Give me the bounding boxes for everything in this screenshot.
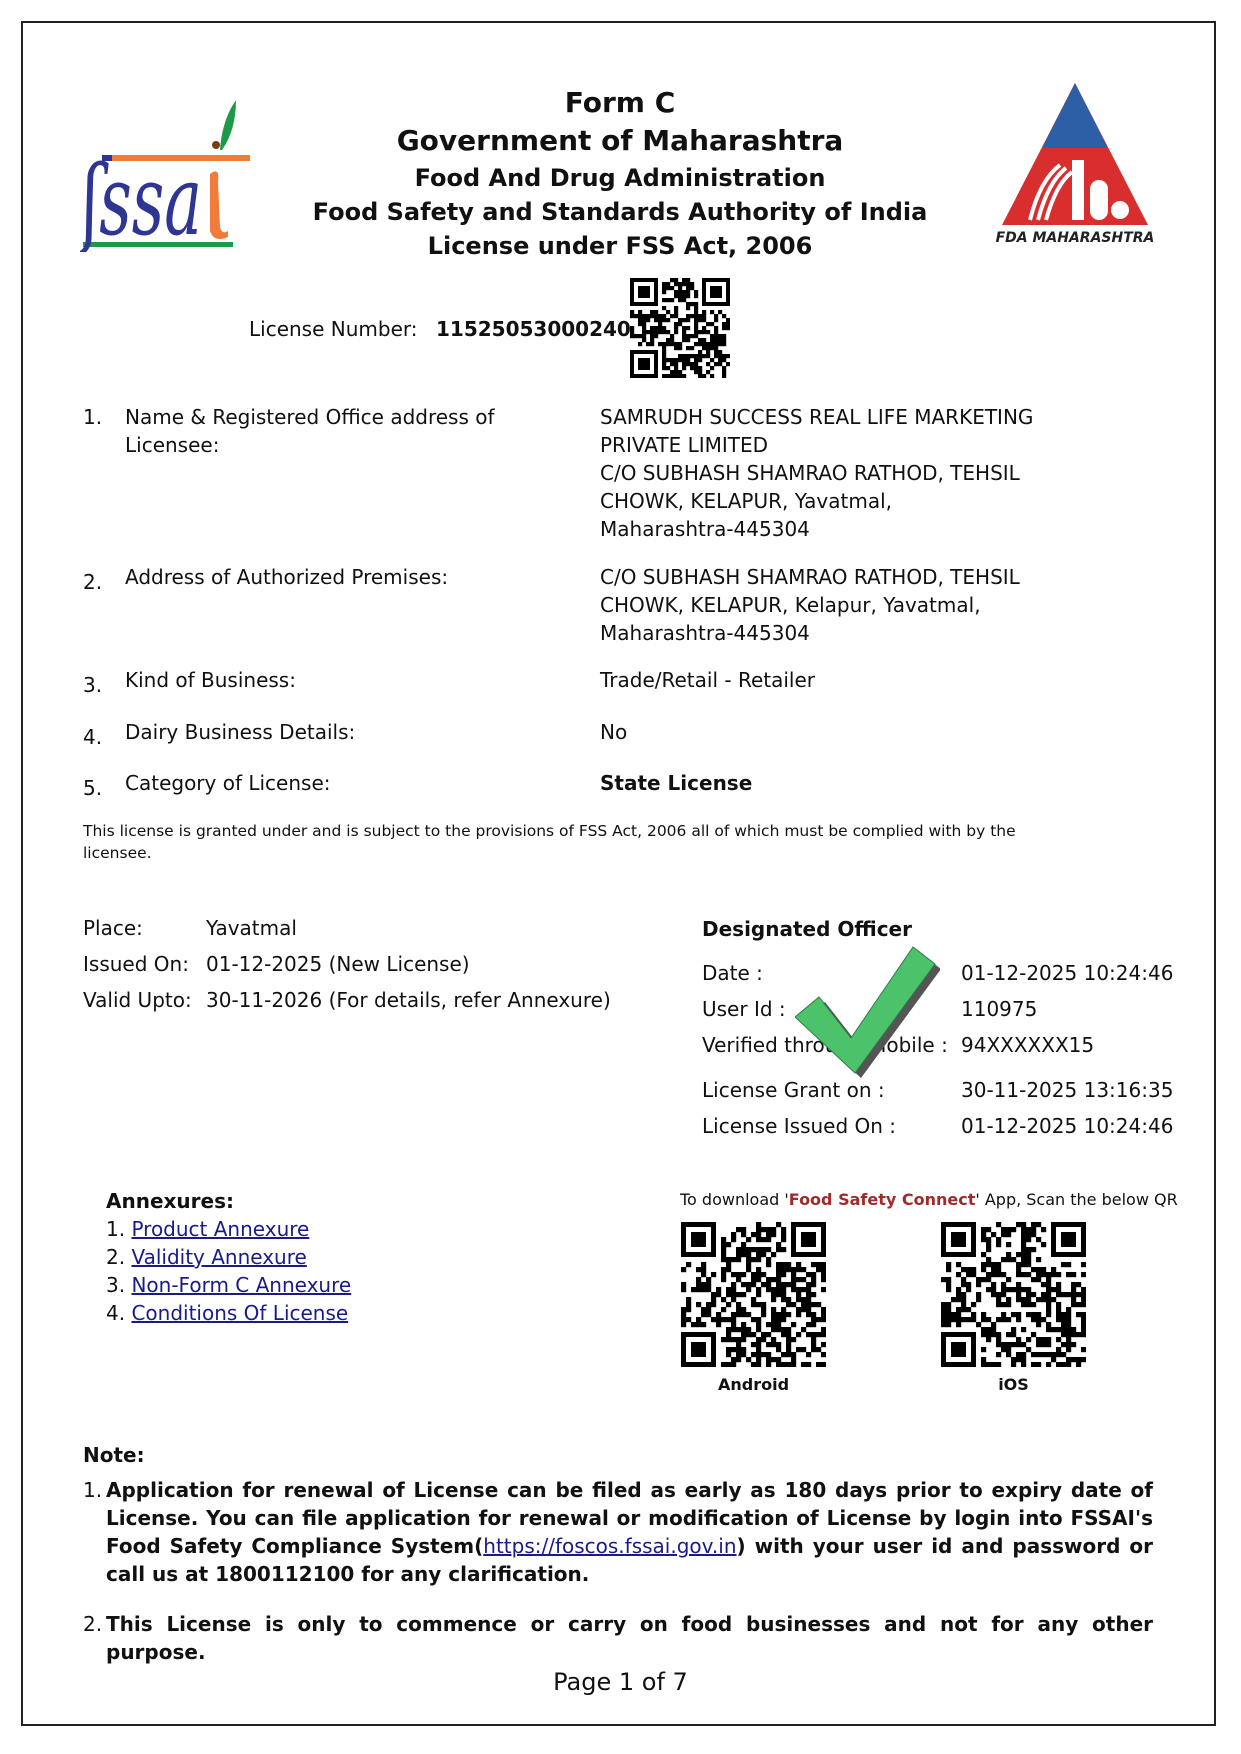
license-grant-value: 30-11-2025 13:16:35 [961,1078,1173,1102]
svg-text:FDA MAHARASHTRA: FDA MAHARASHTRA [996,230,1155,246]
detail-label-category: Category of License: [125,769,545,797]
detail-num: 2. [83,570,102,594]
note-title: Note: [83,1443,145,1467]
license-issued-value: 01-12-2025 10:24:46 [961,1114,1173,1138]
validity-annexure-link[interactable]: Validity Annexure [131,1245,306,1269]
officer-userid-value: 110975 [961,997,1037,1021]
department-title: Food And Drug Administration [300,164,940,192]
authority-title: Food Safety and Standards Authority of I… [300,198,940,226]
detail-value-business: Trade/Retail - Retailer [600,666,1040,694]
license-number-value: 11525053000240 [436,317,631,341]
ios-label: iOS [941,1375,1086,1394]
license-number-label: License Number: [249,317,418,341]
fda-maharashtra-logo: FDA MAHARASHTRA [990,80,1160,250]
non-form-c-annexure-link[interactable]: Non-Form C Annexure [131,1273,351,1297]
form-title: Form C [300,86,940,119]
issued-on-label: Issued On: [83,952,189,976]
note-item-purpose: 2. This License is only to commence or c… [83,1610,1153,1666]
note-item-renewal: 1. Application for renewal of License ca… [83,1476,1153,1588]
valid-upto-label: Valid Upto: [83,988,192,1012]
detail-value-premises: C/O SUBHASH SHAMRAO RATHOD, TEHSIL CHOWK… [600,563,1040,647]
app-brand-name: Food Safety Connect [789,1190,976,1209]
annexure-item: 2. Validity Annexure [106,1245,307,1269]
place-label: Place: [83,916,143,940]
valid-upto-value: 30-11-2026 (For details, refer Annexure) [206,988,611,1012]
annexures-title: Annexures: [106,1189,234,1213]
conditions-of-license-link[interactable]: Conditions Of License [131,1301,348,1325]
detail-num: 4. [83,725,102,749]
svg-text:ʃssa: ʃssa [80,145,202,252]
ios-qr-code-icon [941,1222,1086,1367]
license-issued-label: License Issued On : [702,1114,896,1138]
annexure-item: 1. Product Annexure [106,1217,309,1241]
officer-date-value: 01-12-2025 10:24:46 [961,961,1173,985]
product-annexure-link[interactable]: Product Annexure [131,1217,309,1241]
detail-label-licensee: Name & Registered Office address of Lice… [125,403,545,459]
officer-date-label: Date : [702,961,763,985]
officer-mobile-value: 94XXXXXX15 [961,1033,1094,1057]
designated-officer-title: Designated Officer [702,917,912,941]
fssai-logo: ʃssa [80,82,250,252]
officer-userid-label: User Id : [702,997,786,1021]
detail-num: 5. [83,776,102,800]
detail-num: 1. [83,405,102,429]
detail-value-dairy: No [600,718,1040,746]
government-title: Government of Maharashtra [300,124,940,157]
annexure-item: 3. Non-Form C Annexure [106,1273,351,1297]
act-title: License under FSS Act, 2006 [300,232,940,260]
place-value: Yavatmal [206,916,297,940]
app-download-caption: To download 'Food Safety Connect' App, S… [680,1190,1178,1209]
android-qr-code-icon [681,1222,826,1367]
detail-value-licensee: SAMRUDH SUCCESS REAL LIFE MARKETING PRIV… [600,403,1040,543]
license-qr-code-icon [630,278,730,378]
detail-label-business: Kind of Business: [125,666,545,694]
page-border [21,21,1216,1726]
detail-value-category: State License [600,769,1040,797]
verified-check-icon [795,945,940,1090]
detail-label-premises: Address of Authorized Premises: [125,563,545,591]
android-label: Android [681,1375,826,1394]
detail-label-dairy: Dairy Business Details: [125,718,545,746]
annexure-item: 4. Conditions Of License [106,1301,348,1325]
foscos-link[interactable]: https://foscos.fssai.gov.in [483,1534,736,1558]
grant-note: This license is granted under and is sub… [83,820,1043,864]
page-number: Page 1 of 7 [0,1668,1241,1696]
issued-on-value: 01-12-2025 (New License) [206,952,470,976]
detail-num: 3. [83,673,102,697]
